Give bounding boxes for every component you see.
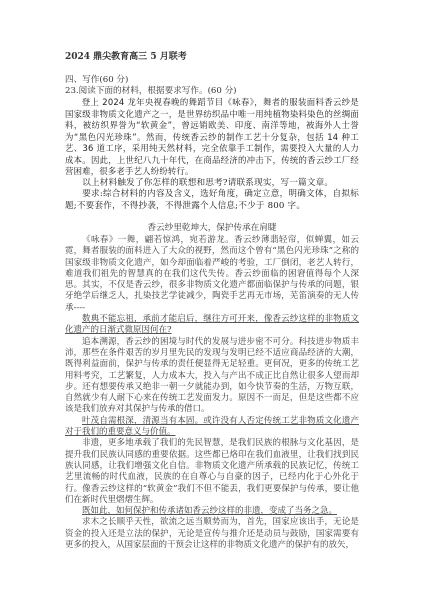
essay-paragraph-underlined: 既如此，如何保护和传承诸如香云纱这样的非遗，变成了当务之急。: [65, 506, 359, 517]
essay-title: 香云纱里乾坤大，保护传承在肩睫: [65, 223, 359, 234]
essay-paragraph-underlined: 叶茂自需根深，清源当有本固。或许没有人否定传统工艺非物质文化遗产对于我们的重要意…: [65, 416, 359, 439]
exam-header: 2024 鼎尖教育高三 5 月联考: [65, 52, 359, 63]
underlined-thesis: 叶茂自需根深，清源当有本固。或许没有人否定传统工艺非物质文化遗产对于我们的重要意…: [65, 416, 359, 437]
essay-paragraph: 非遗，更多地承载了我们的先民智慧，是我们民族的根脉与文化基因，是提升我们民族认同…: [65, 438, 359, 506]
document-page: 2024 鼎尖教育高三 5 月联考 四、写作(60 分) 23.阅读下面的材料，…: [65, 52, 359, 551]
essay-paragraph-underlined: 数典不能忘祖，承前才能启后，继往方可开来，像香云纱这样的非物质文化遗产的日渐式微…: [65, 314, 359, 337]
section-heading: 四、写作(60 分): [65, 75, 359, 86]
underlined-thesis: 既如此，如何保护和传承诸如香云纱这样的非遗，变成了当务之急。: [82, 506, 337, 516]
instruction-paragraph: 以上材料触发了你怎样的联想和思考?请联系现实，写一篇文章。: [65, 178, 359, 190]
essay-paragraph: 求木之长顺乎天性，欲流之远当顺势而为，首先，国家应该出手，无论是资金的投入还是立…: [65, 517, 359, 551]
requirements-paragraph: 要求:综合材料的内容及含义，选好角度，确定立意，明确文体，自拟标题;不要套作，不…: [65, 189, 359, 212]
material-paragraph: 登上 2024 龙年央视春晚的舞蹈节目《咏春》，舞者的服装面料香云纱是国家级非物…: [65, 97, 359, 178]
underlined-thesis: 数典不能忘祖，承前才能启后，继往方可开来，像香云纱这样的非物质文化遗产的日渐式微…: [65, 314, 359, 335]
question-prompt: 23.阅读下面的材料，根据要求写作。(60 分): [65, 86, 359, 97]
essay-paragraph: 《咏春》一舞，翩若惊鸿，宛若游龙。香云纱薄翡轻帘，似蝉翼，如云霓，舞者服装的面料…: [65, 235, 359, 314]
essay-paragraph: 追本溯源，香云纱的困境与时代的发展与进步密不可分。科技进步物质丰沛，那些在条件艰…: [65, 337, 359, 416]
